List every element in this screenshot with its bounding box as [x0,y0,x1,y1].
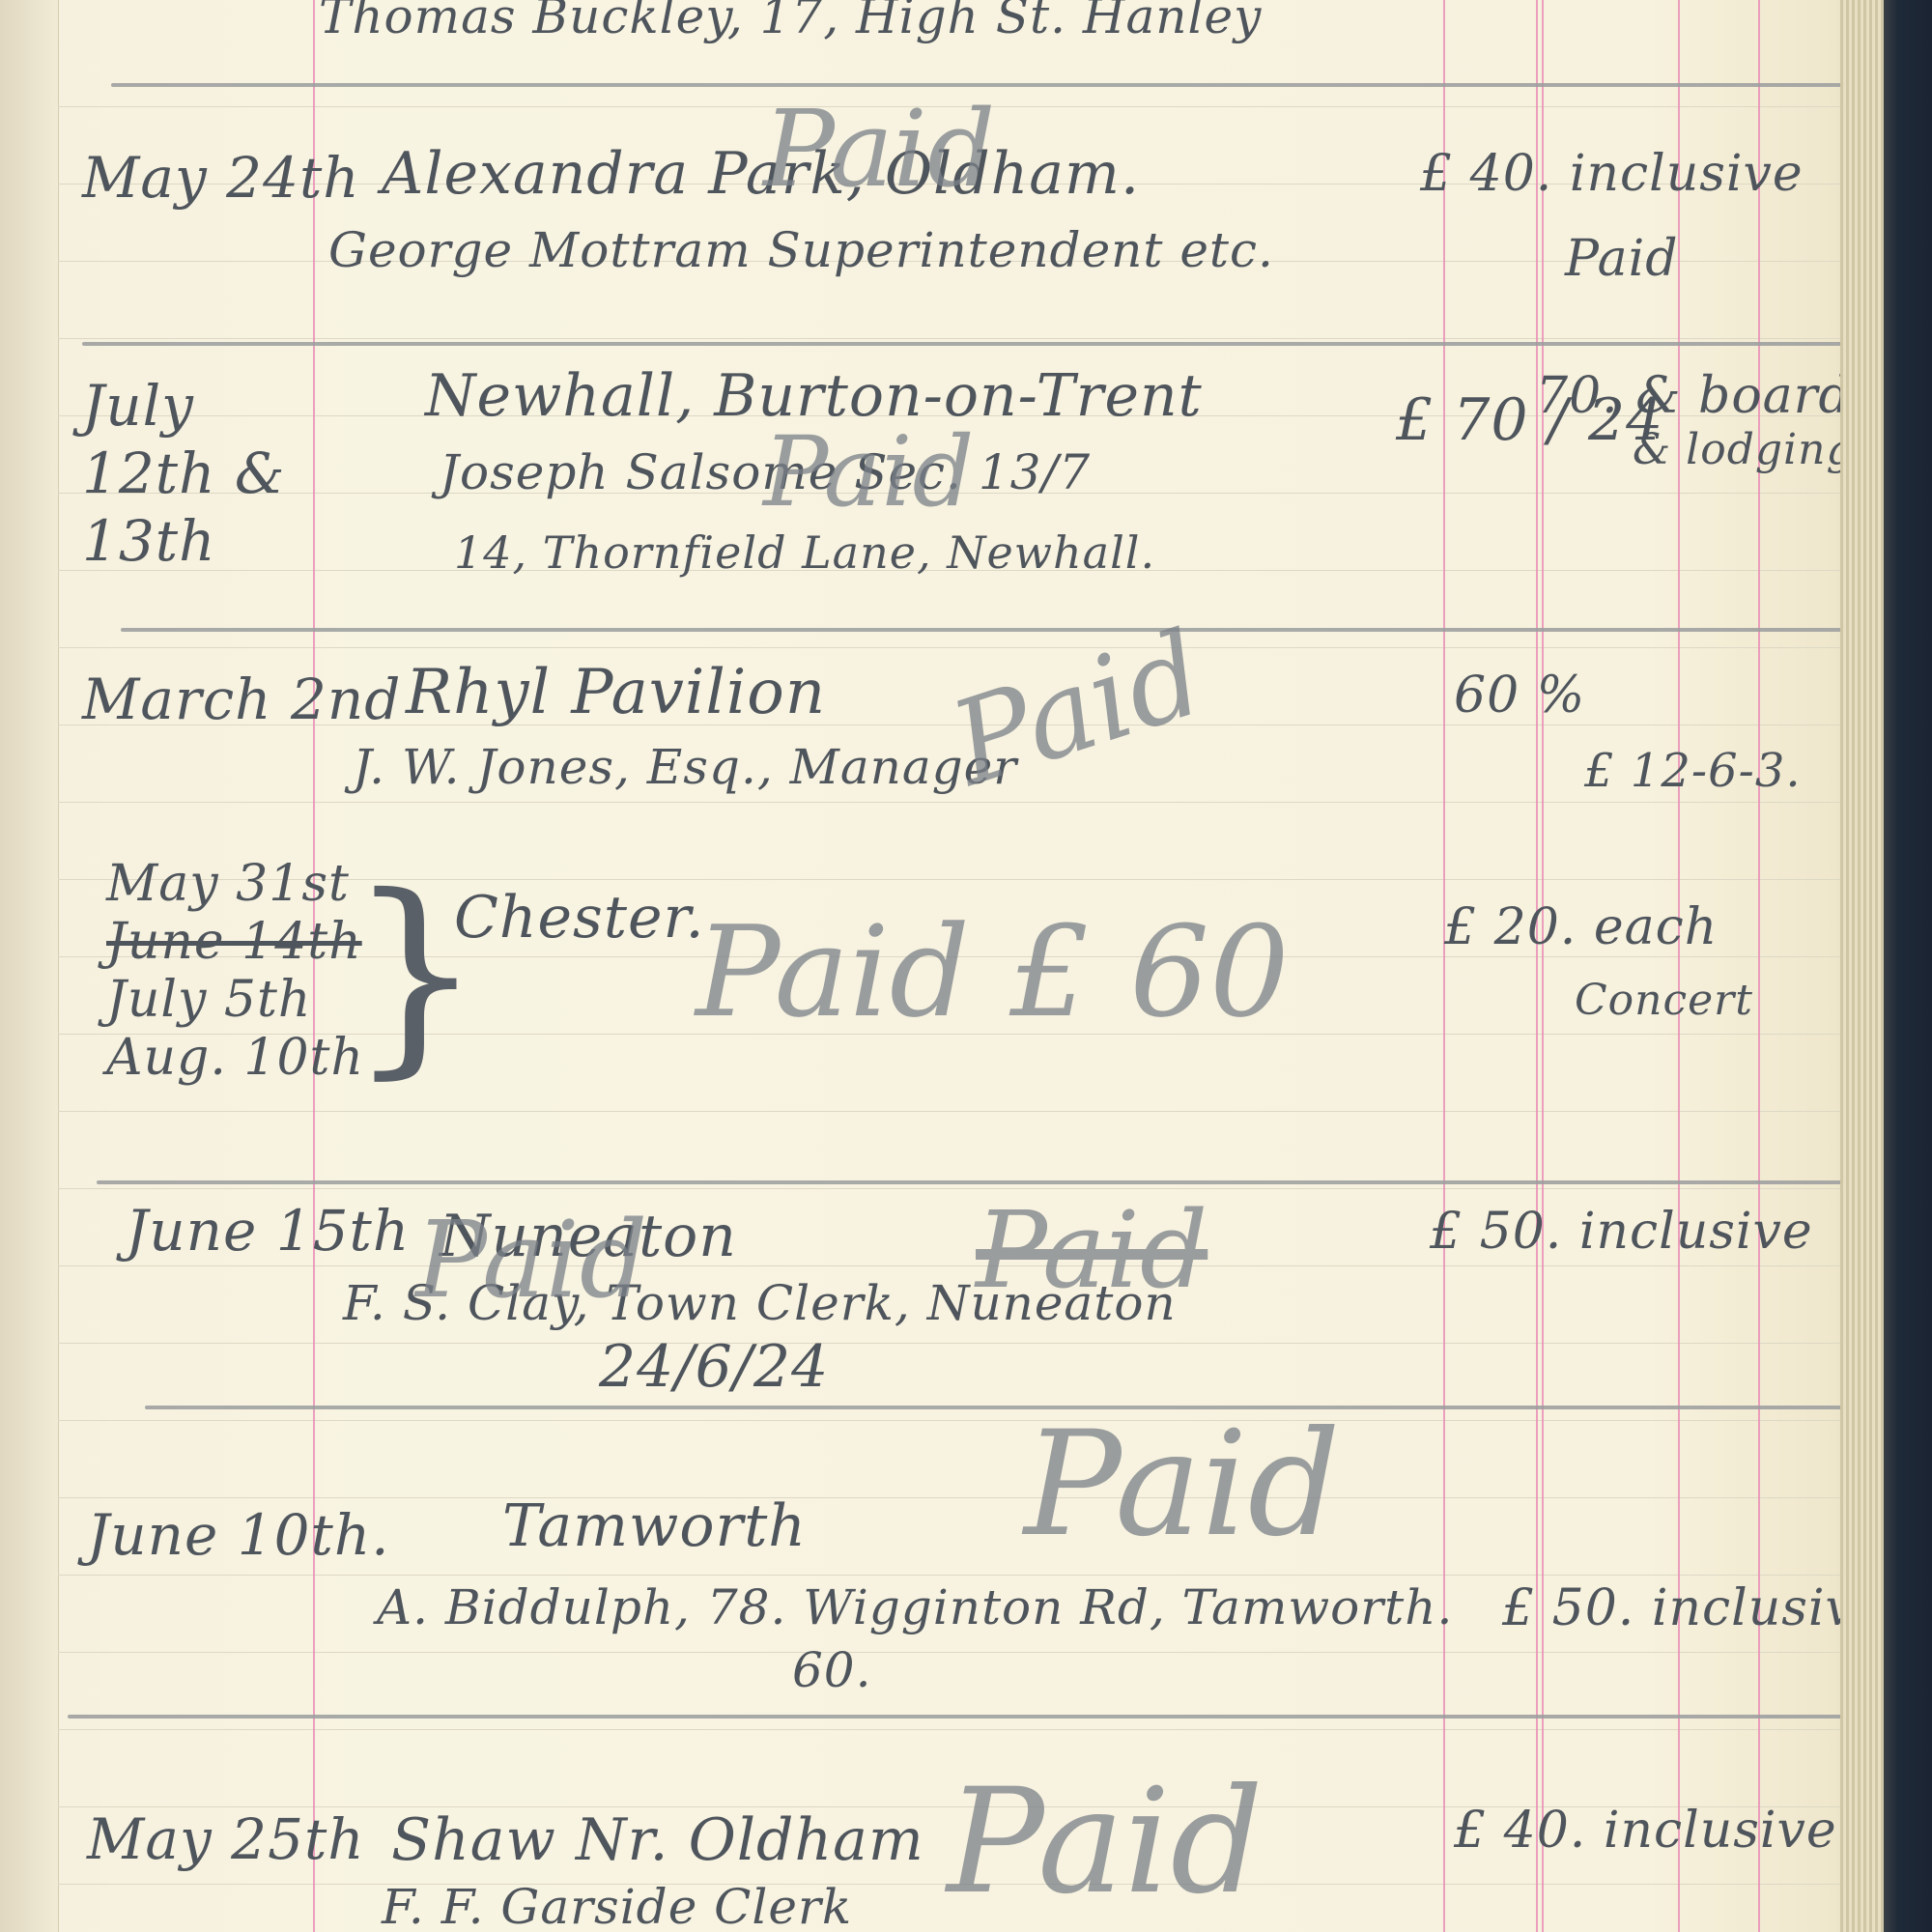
ruled-line [58,338,1874,339]
paid-stamp: Paid £ 60 [696,898,1290,1045]
book-binding [1884,0,1932,1932]
ruled-line [58,1265,1874,1266]
entry-separator [121,628,1869,632]
entry-address: 14, Thornfield Lane, Newhall. [454,526,1155,579]
entry-contact: George Mottram Superintendent etc. [328,222,1274,278]
entry-separator [145,1406,1855,1409]
entry-fee: £ 50. inclusive [1502,1579,1886,1637]
page-gutter [0,0,59,1932]
entry-date: July 12th & 13th [82,372,314,575]
ruled-line [58,1343,1874,1344]
entry-fee: £ 40. inclusive [1454,1802,1837,1860]
paid-stamp: Paid [937,607,1219,812]
page-edges [1840,0,1884,1932]
ruled-line [58,1652,1874,1653]
entry-fee: £ 50. inclusive [1430,1203,1813,1261]
entry-venue: Shaw Nr. Oldham [391,1806,924,1874]
ruled-line [58,1729,1874,1730]
entry-contact: J. W. Jones, Esq., Manager [353,739,1017,795]
column-line [1758,0,1760,1932]
ruled-line [58,1575,1874,1576]
entry-date: Aug. 10th [106,1029,364,1087]
paid-stamp: Paid [1024,1401,1341,1569]
entry-venue: Alexandra Park, Oldham. [382,140,1140,208]
entry-fee: £ 40. inclusive [1420,145,1804,203]
ruled-line [58,1497,1874,1498]
ruled-line [58,1420,1874,1421]
column-line [1443,0,1445,1932]
ledger-page: Thomas Buckley, 17, High St. Hanley May … [0,0,1884,1932]
paid-stamp: Paid [763,415,974,528]
entry-contact: A. Biddulph, 78. Wigginton Rd, Tamworth. [377,1579,1453,1635]
entry-fee: £ 20. each [1444,898,1718,956]
entry-fee-note: £ 12-6-3. [1584,744,1802,798]
entry-fee: 70. & board [1536,367,1852,425]
paid-stamp-struck: Paid [976,1188,1207,1312]
entry-venue: Tamworth [502,1492,807,1560]
entry-date: June 10th. [87,1502,390,1568]
entry-fee-note: Paid [1565,230,1679,288]
entry-date: March 2nd [82,667,401,732]
entry-fee-note: Concert [1575,976,1753,1025]
paid-stamp: Paid [763,87,995,211]
ruled-line [58,802,1874,803]
entry-date: May 31st [106,855,350,913]
entry-separator [68,1715,1864,1719]
entry-date: May 24th [82,145,360,211]
entry-contact: Thomas Buckley, 17, High St. Hanley [319,0,1262,44]
ruled-line [58,1111,1874,1112]
column-line [1542,0,1544,1932]
ruled-line [58,1188,1874,1189]
entry-separator [97,1180,1874,1184]
entry-separator [82,342,1869,346]
entry-date: June 15th [126,1198,410,1264]
entry-date: July 5th [106,971,311,1029]
entry-contact-correction: 60. [792,1642,872,1698]
paid-stamp: Paid [947,1758,1264,1926]
column-line [1536,0,1538,1932]
paid-stamp: Paid [415,1198,647,1321]
entry-date: May 25th [87,1806,365,1872]
entry-venue: Chester. [454,884,705,952]
entry-received-date: 24/6/24 [599,1333,829,1401]
ruled-line [58,647,1874,648]
entry-date-struck: June 14th [106,913,362,971]
entry-contact: F. F. Garside Clerk [382,1879,852,1932]
column-line [1678,0,1680,1932]
entry-fee: 60 % [1454,667,1585,724]
entry-venue: Rhyl Pavilion [406,657,826,728]
